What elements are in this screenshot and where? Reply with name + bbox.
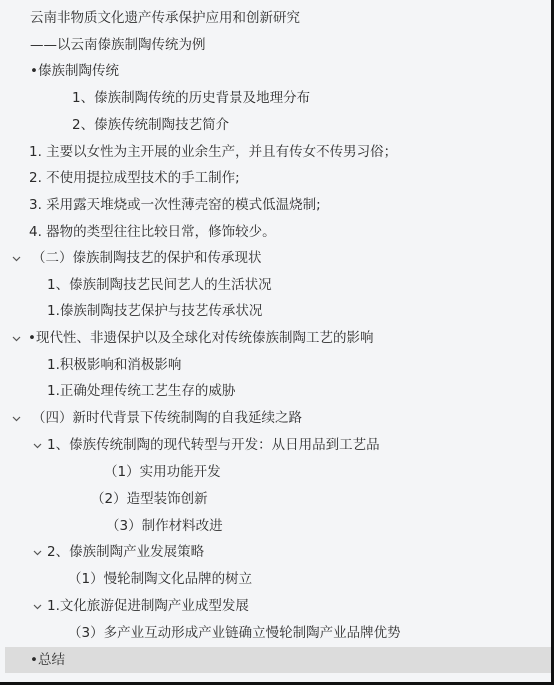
outline-item[interactable]: （1）慢轮制陶文化品牌的树立 (0, 566, 551, 592)
outline-item-label: 1、傣族制陶传统的历史背景及地理分布 (72, 85, 310, 111)
chevron-down-icon[interactable] (12, 334, 21, 343)
outline-item-label: 3. 采用露天堆烧或一次性薄壳窑的模式低温烧制; (29, 192, 321, 218)
outline-item[interactable]: 2. 不使用提拉成型技术的手工制作; (0, 165, 551, 191)
outline-item[interactable]: •现代性、非遗保护以及全球化对传统傣族制陶工艺的影响 (0, 325, 551, 351)
outline-item[interactable]: （2）造型装饰创新 (0, 486, 551, 512)
chevron-down-icon[interactable] (12, 414, 21, 423)
outline-item[interactable]: 3. 采用露天堆烧或一次性薄壳窑的模式低温烧制; (0, 192, 551, 218)
outline-item-label: （2）造型装饰创新 (91, 486, 208, 512)
outline-item-label: 2、傣族传统制陶技艺简介 (72, 112, 229, 138)
outline-item[interactable]: 1.积极影响和消极影响 (0, 352, 551, 378)
outline-item[interactable]: （1）实用功能开发 (0, 459, 551, 485)
outline-item[interactable]: 4. 器物的类型往往比较日常，修饰较少。 (0, 219, 551, 245)
chevron-down-icon[interactable] (33, 548, 42, 557)
outline-item[interactable]: 1. 主要以女性为主开展的业余生产，并且有传女不传男习俗； (0, 139, 551, 165)
outline-item-label: （1）实用功能开发 (104, 459, 221, 485)
outline-item[interactable]: 1、傣族制陶传统的历史背景及地理分布 (0, 85, 551, 111)
outline-item[interactable]: （3）多产业互动形成产业链确立慢轮制陶产业品牌优势 (0, 620, 551, 646)
outline-title-row[interactable]: 云南非物质文化遗产传承保护应用和创新研究 (0, 5, 551, 31)
outline-item-label: （四）新时代背景下传统制陶的自我延续之路 (32, 405, 302, 431)
outline-item[interactable]: （四）新时代背景下传统制陶的自我延续之路 (0, 405, 551, 431)
outline-item-label: •现代性、非遗保护以及全球化对传统傣族制陶工艺的影响 (28, 325, 373, 351)
outline-item[interactable]: 1.正确处理传统工艺生存的威胁 (0, 378, 551, 404)
chevron-down-icon[interactable] (12, 254, 21, 263)
outline-item[interactable]: 1、傣族传统制陶的现代转型与开发：从日用品到工艺品 (0, 432, 551, 458)
outline-item[interactable]: 1.文化旅游促进制陶产业成型发展 (0, 593, 551, 619)
outline-panel: 云南非物质文化遗产传承保护应用和创新研究 ——以云南傣族制陶传统为例 •傣族制陶… (0, 0, 554, 685)
outline-item[interactable]: 1、傣族制陶技艺民间艺人的生活状况 (0, 272, 551, 298)
outline-item[interactable]: （二）傣族制陶技艺的保护和传承现状 (0, 245, 551, 271)
outline-item-label: （3）多产业互动形成产业链确立慢轮制陶产业品牌优势 (68, 620, 401, 646)
outline-item-label: （3）制作材料改进 (106, 513, 223, 539)
outline-item-label: （二）傣族制陶技艺的保护和传承现状 (32, 245, 262, 271)
outline-item-label: 1.文化旅游促进制陶产业成型发展 (47, 593, 249, 619)
outline-item-label: 1、傣族制陶技艺民间艺人的生活状况 (47, 272, 272, 298)
outline-item-label: （1）慢轮制陶文化品牌的树立 (68, 566, 252, 592)
outline-item-label: 4. 器物的类型往往比较日常，修饰较少。 (29, 219, 276, 245)
chevron-down-icon[interactable] (33, 441, 42, 450)
outline-item-label: 1. 主要以女性为主开展的业余生产，并且有传女不传男习俗； (29, 139, 397, 165)
outline-item[interactable]: （3）制作材料改进 (0, 513, 551, 539)
outline-item-label: 2. 不使用提拉成型技术的手工制作; (29, 165, 240, 191)
outline-item-label: 2、傣族制陶产业发展策略 (47, 539, 204, 565)
outline-item[interactable]: 1.傣族制陶技艺保护与技艺传承状况 (0, 298, 551, 324)
outline-item-selected[interactable]: •总结 (5, 647, 551, 673)
outline-item-label: 1、傣族传统制陶的现代转型与开发：从日用品到工艺品 (47, 432, 380, 458)
outline-item-label: •总结 (30, 647, 65, 673)
outline-subtitle-row[interactable]: ——以云南傣族制陶传统为例 (0, 32, 551, 58)
outline-item-label: 1.积极影响和消极影响 (47, 352, 181, 378)
outline-item[interactable]: 2、傣族传统制陶技艺简介 (0, 112, 551, 138)
outline-title: 云南非物质文化遗产传承保护应用和创新研究 (30, 5, 300, 31)
outline-item-label: 1.正确处理传统工艺生存的威胁 (47, 378, 235, 404)
chevron-down-icon[interactable] (33, 602, 42, 611)
outline-subtitle: ——以云南傣族制陶传统为例 (30, 32, 206, 58)
outline-item-label: •傣族制陶传统 (30, 58, 119, 84)
outline-item-label: 1.傣族制陶技艺保护与技艺传承状况 (47, 298, 262, 324)
outline-item[interactable]: 2、傣族制陶产业发展策略 (0, 539, 551, 565)
outline-item[interactable]: •傣族制陶传统 (0, 58, 551, 84)
